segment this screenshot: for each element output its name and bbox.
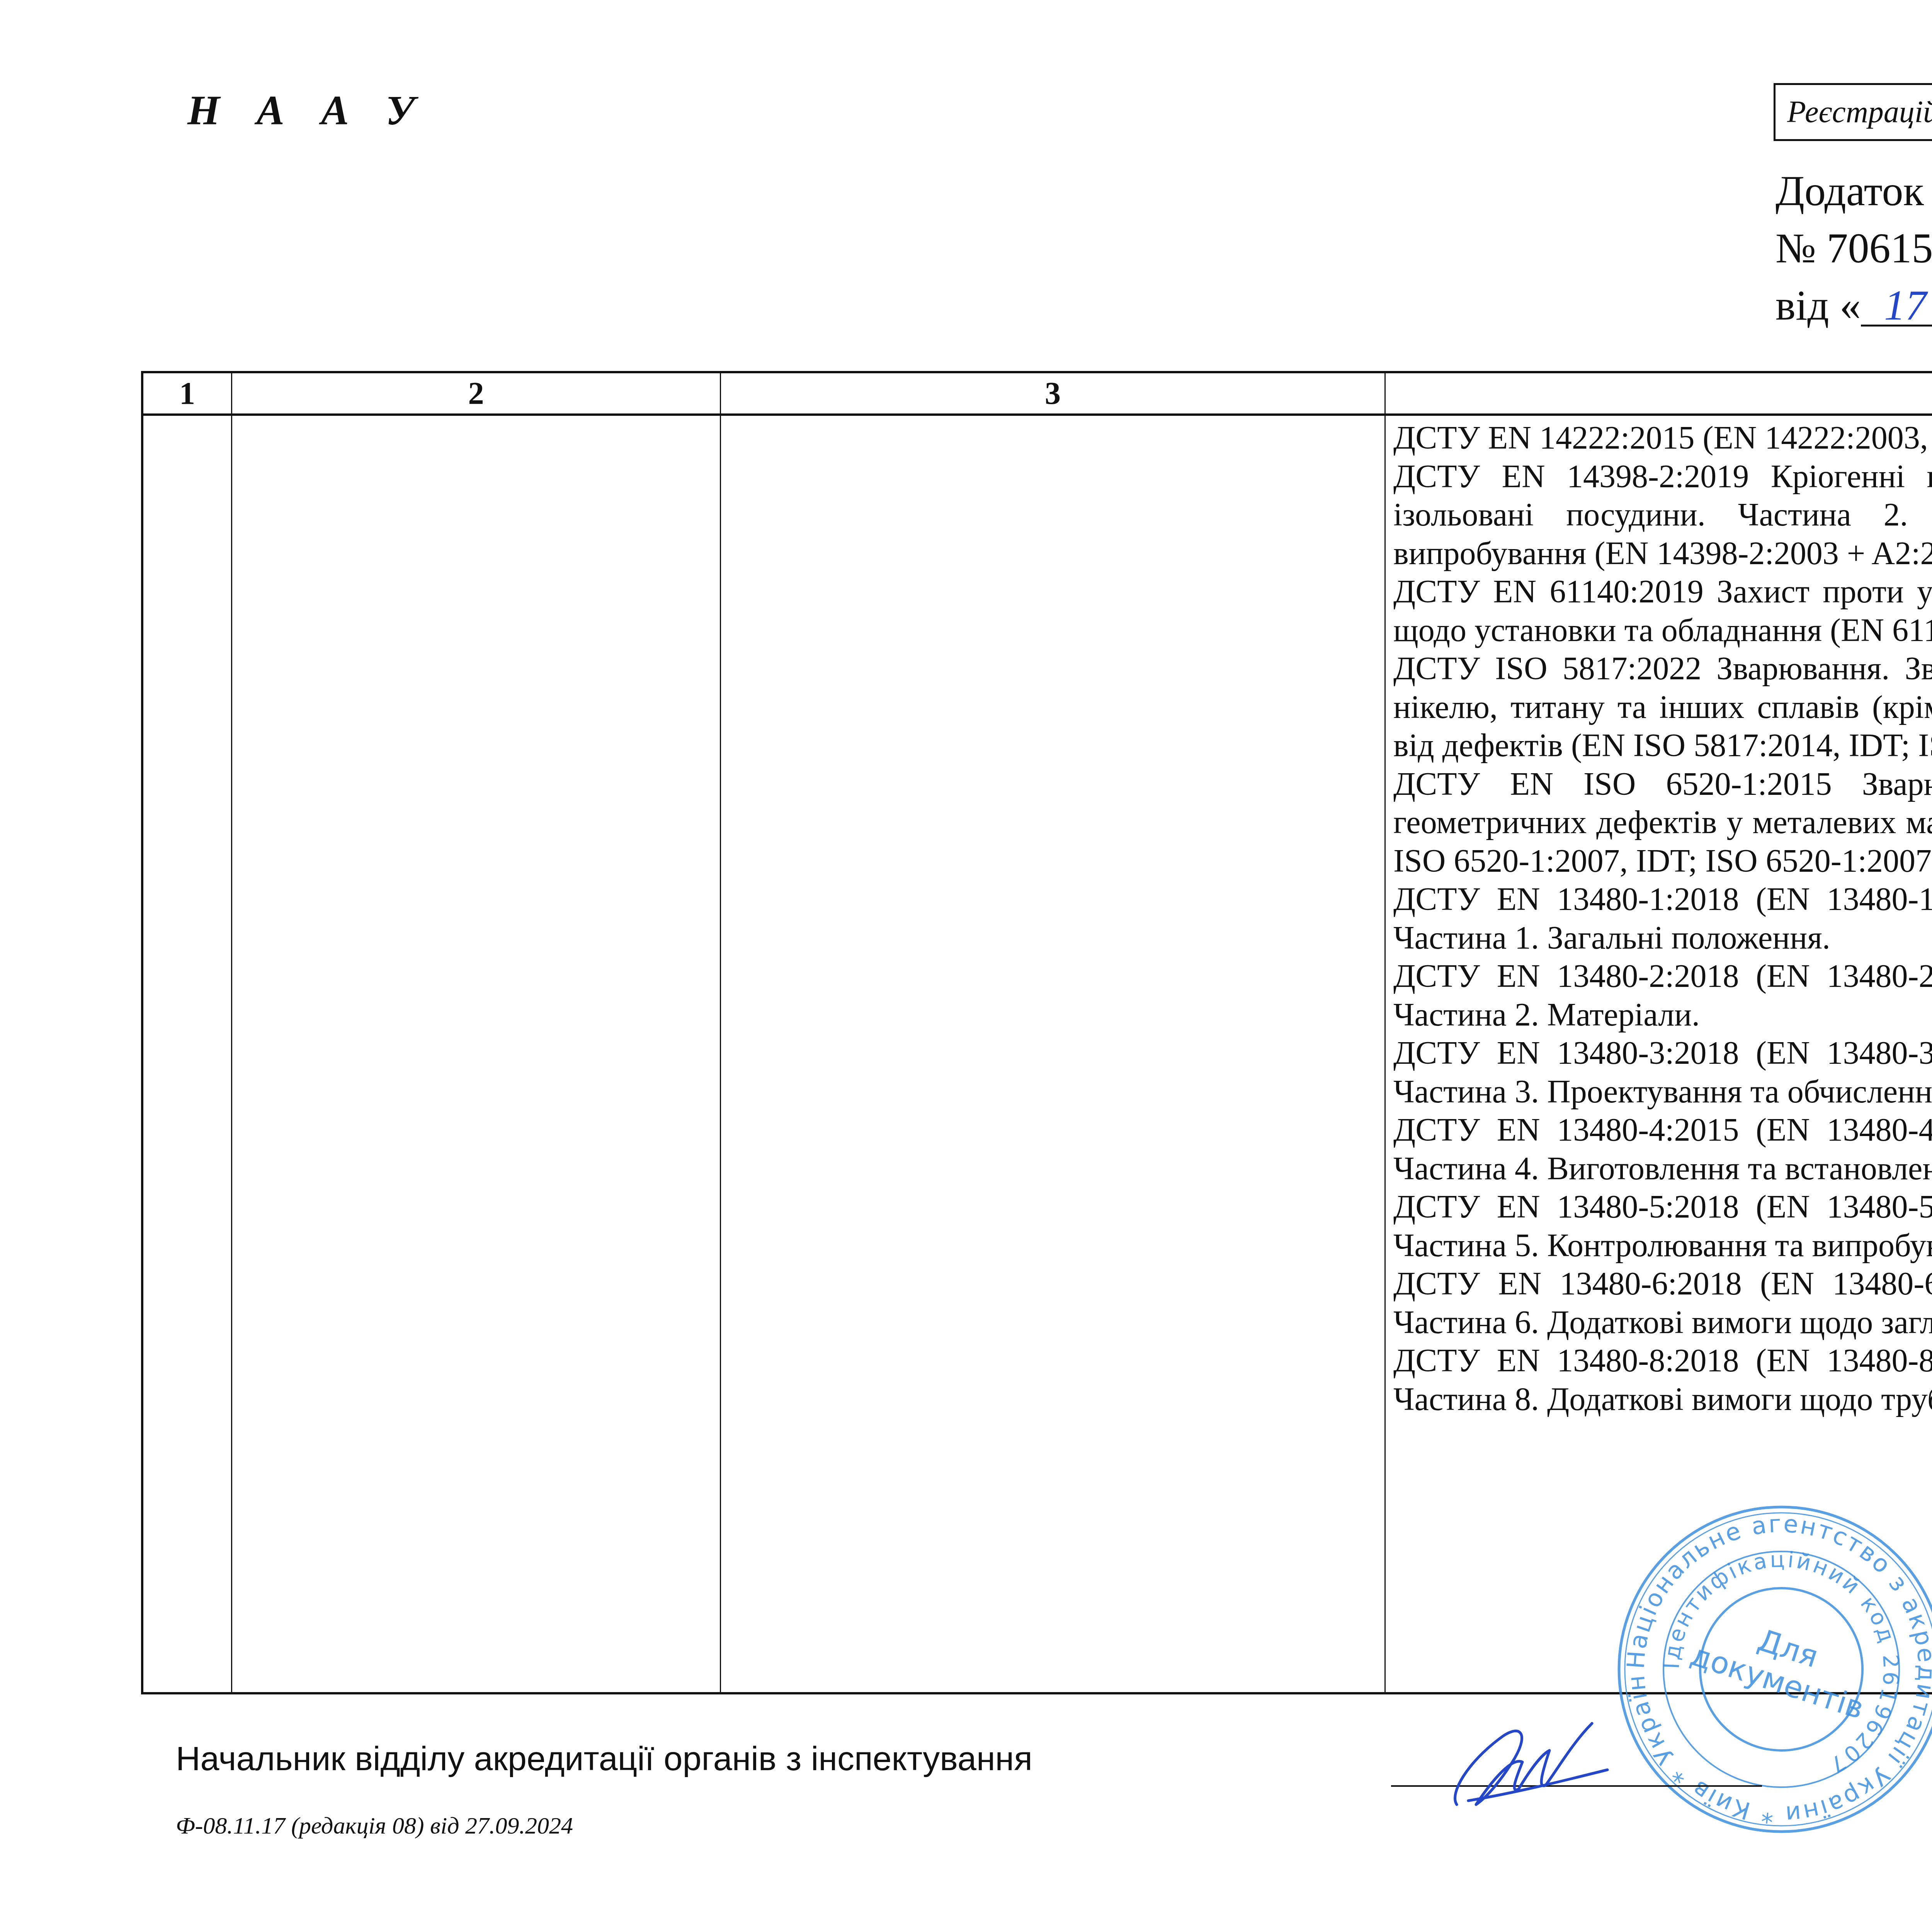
annex-line-3: від «17» грудня 2024р. [1776, 277, 1932, 334]
standard-item: ДСТУ EN 61140:2019 Захист проти ураження… [1393, 573, 1932, 650]
standard-item: ДСТУ ISO 5817:2022 Зварювання. Зварні шв… [1393, 650, 1932, 765]
organization-abbreviation: Н А А У [187, 87, 428, 135]
signatory-position: Начальник відділу акредитації органів з … [176, 1739, 1032, 1778]
standard-item: ДСТУ EN 13480-5:2018 (EN 13480-5:2017, I… [1393, 1188, 1932, 1265]
standard-item: ДСТУ EN ISO 6520-1:2015 Зварювання та сп… [1393, 765, 1932, 881]
registration-label: Реєстраційний номер ООВ [1776, 85, 1932, 139]
form-identifier: Ф-08.11.17 (редакція 08) від 27.09.2024 [176, 1812, 573, 1840]
standard-item: ДСТУ EN 14222:2015 (EN 14222:2003, IDT) … [1393, 419, 1932, 458]
cell-col-1 [143, 416, 232, 1692]
column-header-3: 3 [721, 373, 1386, 413]
standard-item: ДСТУ EN 13480-1:2018 (EN 13480-1:2017, I… [1393, 880, 1932, 957]
signature-icon [1445, 1716, 1662, 1816]
table-header-row: 1 2 3 4 [143, 373, 1932, 416]
column-header-2: 2 [232, 373, 721, 413]
standard-item: ДСТУ EN 13480-8:2018 (EN 13480-8:2017, I… [1393, 1342, 1932, 1419]
annex-line-2: № 70615, тип А [1776, 219, 1932, 277]
standard-item: ДСТУ EN 13480-3:2018 (EN 13480-3:2017, I… [1393, 1034, 1932, 1111]
registration-number-box: Реєстраційний номер ООВ 70615 [1774, 83, 1932, 141]
standard-item: ДСТУ EN 13480-2:2018 (EN 13480-2:2017, I… [1393, 957, 1932, 1034]
annex-line-1: Додаток до атестата про акредитацію [1776, 162, 1932, 219]
column-header-4: 4 [1386, 373, 1932, 413]
standard-item: ДСТУ EN 13480-4:2015 (EN 13480-4:2012, I… [1393, 1111, 1932, 1188]
column-header-1: 1 [143, 373, 232, 413]
annex-heading: Додаток до атестата про акредитацію № 70… [1776, 162, 1932, 334]
cell-col-3 [721, 416, 1386, 1692]
standard-item: ДСТУ EN 13480-6:2018 (EN 13480-6:2017, I… [1393, 1265, 1932, 1342]
annex-date-prefix: від « [1776, 282, 1861, 329]
cell-col-2 [232, 416, 721, 1692]
annex-date-day-handwritten: 17 [1861, 286, 1932, 327]
standard-item: ДСТУ EN 14398-2:2019 Кріогенні посудини.… [1393, 458, 1932, 573]
